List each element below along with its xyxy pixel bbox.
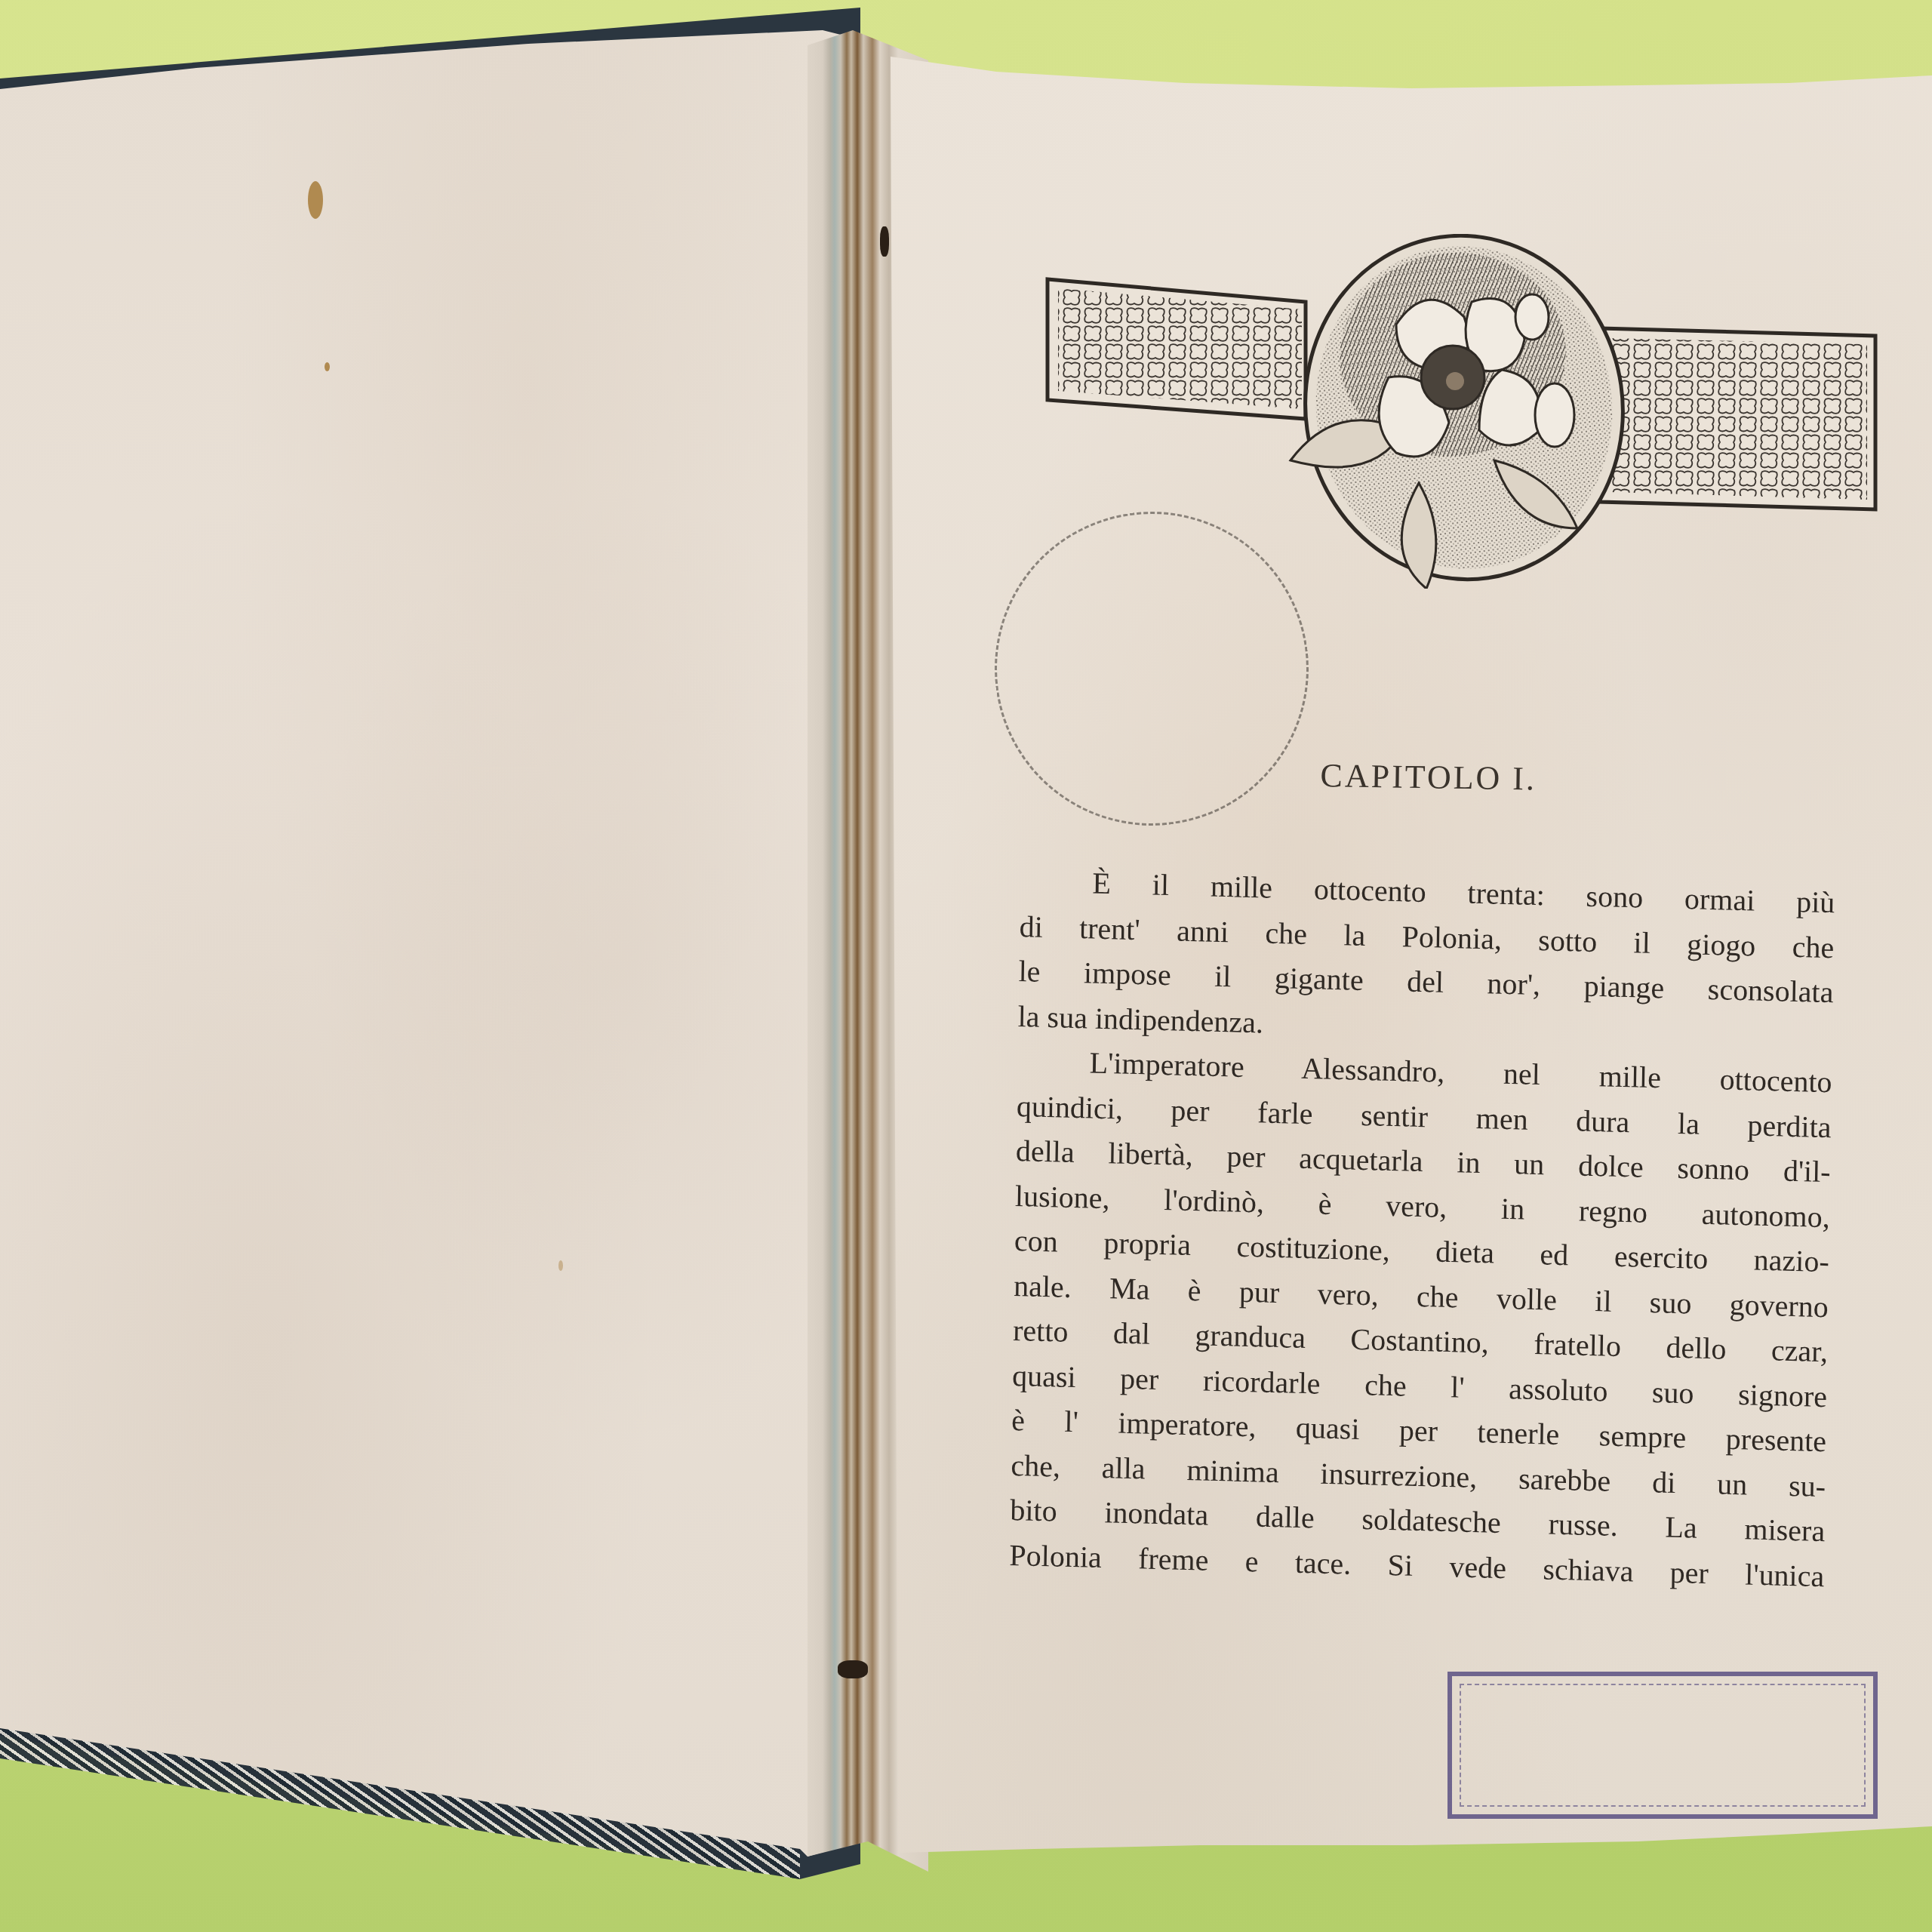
foxing-stain bbox=[558, 1260, 563, 1271]
spine-tear-mark bbox=[880, 226, 889, 257]
foxing-stain bbox=[308, 181, 323, 219]
spine-tear-mark bbox=[838, 1660, 868, 1678]
rectangular-stamp-icon bbox=[1447, 1672, 1878, 1819]
left-endpaper bbox=[0, 0, 875, 1932]
chapter-body-text: È il mille ottocento trenta: sono ormai … bbox=[1009, 859, 1835, 1598]
foxing-stain bbox=[325, 362, 330, 371]
chapter-title: CAPITOLO I. bbox=[1320, 756, 1537, 798]
